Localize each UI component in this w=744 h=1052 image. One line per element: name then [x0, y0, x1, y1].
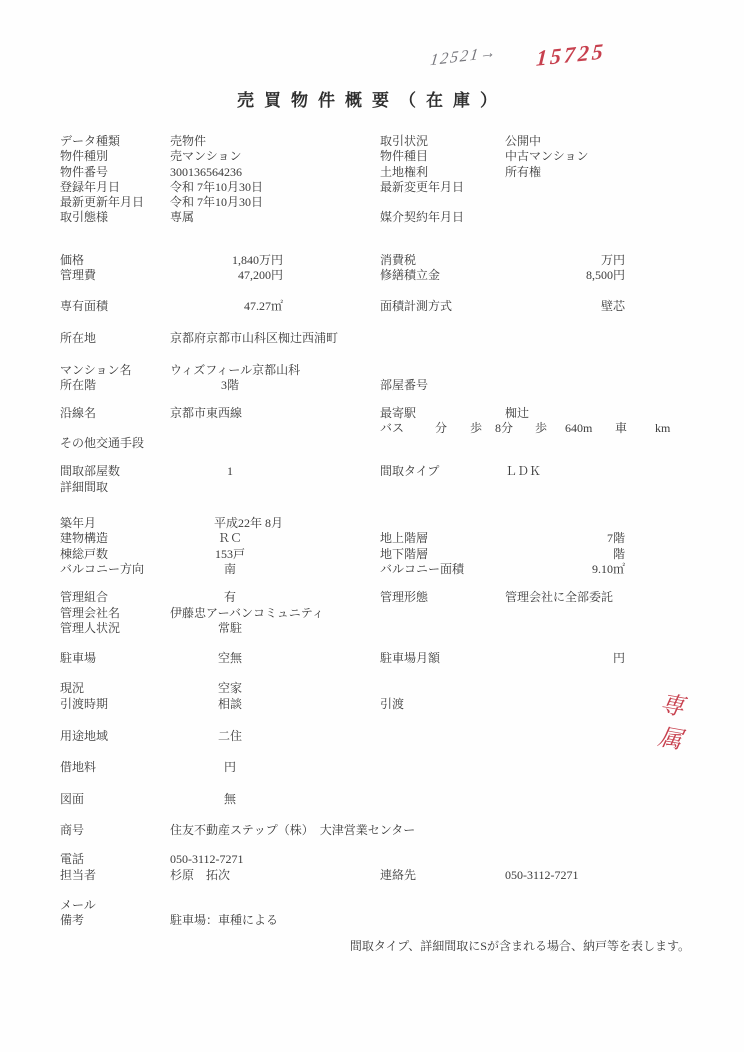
field-row-email: メール [60, 898, 690, 913]
field-label: 専有面積 [60, 299, 170, 314]
field-value: 空無 [170, 651, 290, 666]
field-row-land-rent: 借地料 円 [60, 760, 690, 775]
field-label: 地下階層 [380, 547, 505, 562]
field-value: 050-3112-7271 [505, 868, 625, 883]
field-value [505, 195, 625, 210]
field-label: 物件種別 [60, 149, 170, 164]
field-label: マンション名 [60, 363, 170, 378]
field-row-structure: 建物構造 ＲＣ 地上階層 7階 [60, 531, 690, 546]
field-value: 3階 [170, 378, 290, 393]
field-row-manager-status: 管理人状況 常駐 [60, 621, 690, 636]
transit-bus-min: 分 [435, 421, 470, 436]
field-label: 商号 [60, 823, 170, 838]
field-label: 間取部屋数 [60, 464, 170, 479]
field-value: 47.27㎡ [170, 299, 283, 314]
handwritten-red-number: 15725 [535, 38, 606, 72]
field-label: 物件種目 [380, 149, 505, 164]
field-label: 価格 [60, 253, 170, 268]
transit-car-km: km [655, 421, 690, 436]
transit-walk-min: 8分 [495, 421, 535, 436]
field-row-rail-line: 沿線名 京都市東西線 最寄駅 椥辻 [60, 406, 690, 421]
field-label: 沿線名 [60, 406, 170, 421]
field-label: 間取タイプ [380, 464, 505, 479]
field-label: 最新変更年月日 [380, 180, 505, 195]
field-label: 引渡時期 [60, 697, 170, 712]
page-title: 売買物件概要（在庫） [0, 86, 744, 111]
field-value: ウィズフィール京都山科 [170, 363, 380, 378]
field-row-property-type: 物件種別 売マンション 物件種目 中古マンション [60, 149, 690, 164]
field-label: 面積計測方式 [380, 299, 505, 314]
field-label: 管理組合 [60, 590, 170, 605]
field-row-contact-person: 担当者 杉原 拓次 連絡先 050-3112-7271 [60, 868, 690, 883]
field-label: 電話 [60, 852, 170, 867]
field-row-phone: 電話 050-3112-7271 [60, 852, 690, 867]
field-value: 住友不動産ステップ（株） 大津営業センター [170, 823, 380, 838]
field-row-exclusive-area: 専有面積 47.27㎡ 面積計測方式 壁芯 [60, 299, 690, 314]
transit-distance: 640m [565, 421, 615, 436]
field-row-current-status: 現況 空家 [60, 681, 690, 696]
field-value: 1 [170, 464, 290, 479]
field-label: 部屋番号 [380, 378, 505, 393]
field-label: 備考 [60, 913, 170, 928]
field-row-detailed-layout: 詳細間取 [60, 480, 690, 495]
field-label: 棟総戸数 [60, 547, 170, 562]
field-row-total-units: 棟総戸数 153戸 地下階層 階 [60, 547, 690, 562]
field-label: 管理会社名 [60, 606, 170, 621]
field-value: ＬＤＫ [505, 464, 625, 479]
field-row-built-date: 築年月 平成22年 8月 [60, 516, 690, 531]
transit-walk-label: 歩 [470, 421, 495, 436]
transit-car-label: 車 [615, 421, 655, 436]
field-value: 公開中 [505, 134, 625, 149]
field-label: 土地権利 [380, 165, 505, 180]
field-row-price: 価格 1,840万円 消費税 万円 [60, 253, 690, 268]
transit-detail: バス 分 歩 8分 歩 640m 車 km [380, 421, 690, 436]
field-value: 47,200円 [170, 268, 283, 283]
field-label: 修繕積立金 [380, 268, 505, 283]
field-value: 万円 [505, 253, 625, 268]
field-label: バルコニー面積 [380, 562, 505, 577]
field-value: 所有権 [505, 165, 625, 180]
field-row-management-association: 管理組合 有 管理形態 管理会社に全部委託 [60, 590, 690, 605]
field-label: 所在階 [60, 378, 170, 393]
field-value: 壁芯 [505, 299, 625, 314]
field-row-floor-plan: 図面 無 [60, 792, 690, 807]
field-value: 杉原 拓次 [170, 868, 380, 883]
field-label: 現況 [60, 681, 170, 696]
field-label: 用途地域 [60, 729, 170, 744]
field-label: データ種類 [60, 134, 170, 149]
field-value: 令和 7年10月30日 [170, 180, 380, 195]
field-value: 円 [505, 651, 625, 666]
field-label: 消費税 [380, 253, 505, 268]
field-value: 円 [170, 760, 290, 775]
field-label: バルコニー方向 [60, 562, 170, 577]
field-row-zoning: 用途地域 二住 [60, 729, 690, 744]
transit-bus-label: バス [380, 421, 435, 436]
field-label: 駐車場 [60, 651, 170, 666]
field-value: 椥辻 [505, 406, 625, 421]
field-value: 050-3112-7271 [170, 852, 380, 867]
field-row-transit-detail: バス 分 歩 8分 歩 640m 車 km [60, 421, 690, 436]
field-row-parking: 駐車場 空無 駐車場月額 円 [60, 651, 690, 666]
field-row-balcony-direction: バルコニー方向 南 バルコニー面積 9.10㎡ [60, 562, 690, 577]
field-value [505, 180, 625, 195]
field-label: 取引状況 [380, 134, 505, 149]
field-row-data-type: データ種類 売物件 取引状況 公開中 [60, 134, 690, 149]
field-value: 有 [170, 590, 290, 605]
field-label: 最新更新年月日 [60, 195, 170, 210]
field-label: 地上階層 [380, 531, 505, 546]
field-row-property-number: 物件番号 300136564236 土地権利 所有権 [60, 165, 690, 180]
field-label: 駐車場月額 [380, 651, 505, 666]
field-label: メール [60, 898, 170, 913]
field-value: 平成22年 8月 [170, 516, 283, 531]
field-value: 京都府京都市山科区椥辻西浦町 [170, 331, 380, 346]
field-value: 南 [170, 562, 290, 577]
field-row-management-fee: 管理費 47,200円 修繕積立金 8,500円 [60, 268, 690, 283]
field-label: その他交通手段 [60, 436, 170, 451]
field-value: 153戸 [170, 547, 290, 562]
field-value: 伊藤忠アーバンコミュニティ [170, 606, 380, 621]
field-label: 連絡先 [380, 868, 505, 883]
field-value: 管理会社に全部委託 [505, 590, 625, 605]
footer-note: 間取タイプ、詳細間取にSが含まれる場合、納戸等を表します。 [60, 939, 690, 954]
field-row-location: 所在地 京都府京都市山科区椥辻西浦町 [60, 331, 690, 346]
field-value: 無 [170, 792, 290, 807]
field-value: 二住 [170, 729, 290, 744]
field-label: 取引態様 [60, 210, 170, 225]
field-value: 京都市東西線 [170, 406, 380, 421]
field-row-company-name: 商号 住友不動産ステップ（株） 大津営業センター [60, 823, 690, 838]
field-label: 引渡 [380, 697, 505, 712]
field-row-management-company: 管理会社名 伊藤忠アーバンコミュニティ [60, 606, 690, 621]
field-value: 9.10㎡ [505, 562, 625, 577]
field-value: 中古マンション [505, 149, 625, 164]
field-label: 図面 [60, 792, 170, 807]
field-value: 8,500円 [505, 268, 625, 283]
field-value: 令和 7年10月30日 [170, 195, 380, 210]
field-value: 駐車場：車種による [170, 913, 380, 928]
field-label: 借地料 [60, 760, 170, 775]
field-value: 常駐 [170, 621, 290, 636]
field-value: 売マンション [170, 149, 380, 164]
field-row-other-transport: その他交通手段 [60, 436, 690, 451]
field-label: 管理形態 [380, 590, 505, 605]
field-row-floor: 所在階 3階 部屋番号 [60, 378, 690, 393]
field-label: 管理費 [60, 268, 170, 283]
handwritten-pencil-note: 12521→ [429, 44, 499, 71]
field-value: 売物件 [170, 134, 380, 149]
field-label: 所在地 [60, 331, 170, 346]
field-value: 1,840万円 [170, 253, 283, 268]
field-label: 物件番号 [60, 165, 170, 180]
field-row-room-count: 間取部屋数 1 間取タイプ ＬＤＫ [60, 464, 690, 479]
field-value [505, 378, 625, 393]
field-value: 階 [505, 547, 625, 562]
field-value: 専属 [170, 210, 380, 225]
field-value: 空家 [170, 681, 290, 696]
scanned-property-summary-document: 12521→ 15725 専属 売買物件概要（在庫） データ種類 売物件 取引状… [0, 0, 744, 1052]
field-row-building-name: マンション名 ウィズフィール京都山科 [60, 363, 690, 378]
field-label: 詳細間取 [60, 480, 170, 495]
field-label: 媒介契約年月日 [380, 210, 505, 225]
field-label: 登録年月日 [60, 180, 170, 195]
field-row-last-update-date: 最新更新年月日 令和 7年10月30日 [60, 195, 690, 210]
field-label: 最寄駅 [380, 406, 505, 421]
field-row-handover-time: 引渡時期 相談 引渡 [60, 697, 690, 712]
field-value [505, 210, 625, 225]
field-label: 築年月 [60, 516, 170, 531]
field-value: 7階 [505, 531, 625, 546]
field-value: ＲＣ [170, 531, 290, 546]
field-row-remarks: 備考 駐車場：車種による [60, 913, 690, 928]
field-label: 管理人状況 [60, 621, 170, 636]
field-value: 相談 [170, 697, 290, 712]
field-label [380, 195, 505, 210]
field-label: 担当者 [60, 868, 170, 883]
field-row-transaction-type: 取引態様 専属 媒介契約年月日 [60, 210, 690, 225]
field-table: データ種類 売物件 取引状況 公開中 物件種別 売マンション 物件種目 中古マン… [60, 134, 690, 955]
field-label: 建物構造 [60, 531, 170, 546]
field-row-registration-date: 登録年月日 令和 7年10月30日 最新変更年月日 [60, 180, 690, 195]
field-value: 300136564236 [170, 165, 380, 180]
transit-walk2-label: 歩 [535, 421, 565, 436]
